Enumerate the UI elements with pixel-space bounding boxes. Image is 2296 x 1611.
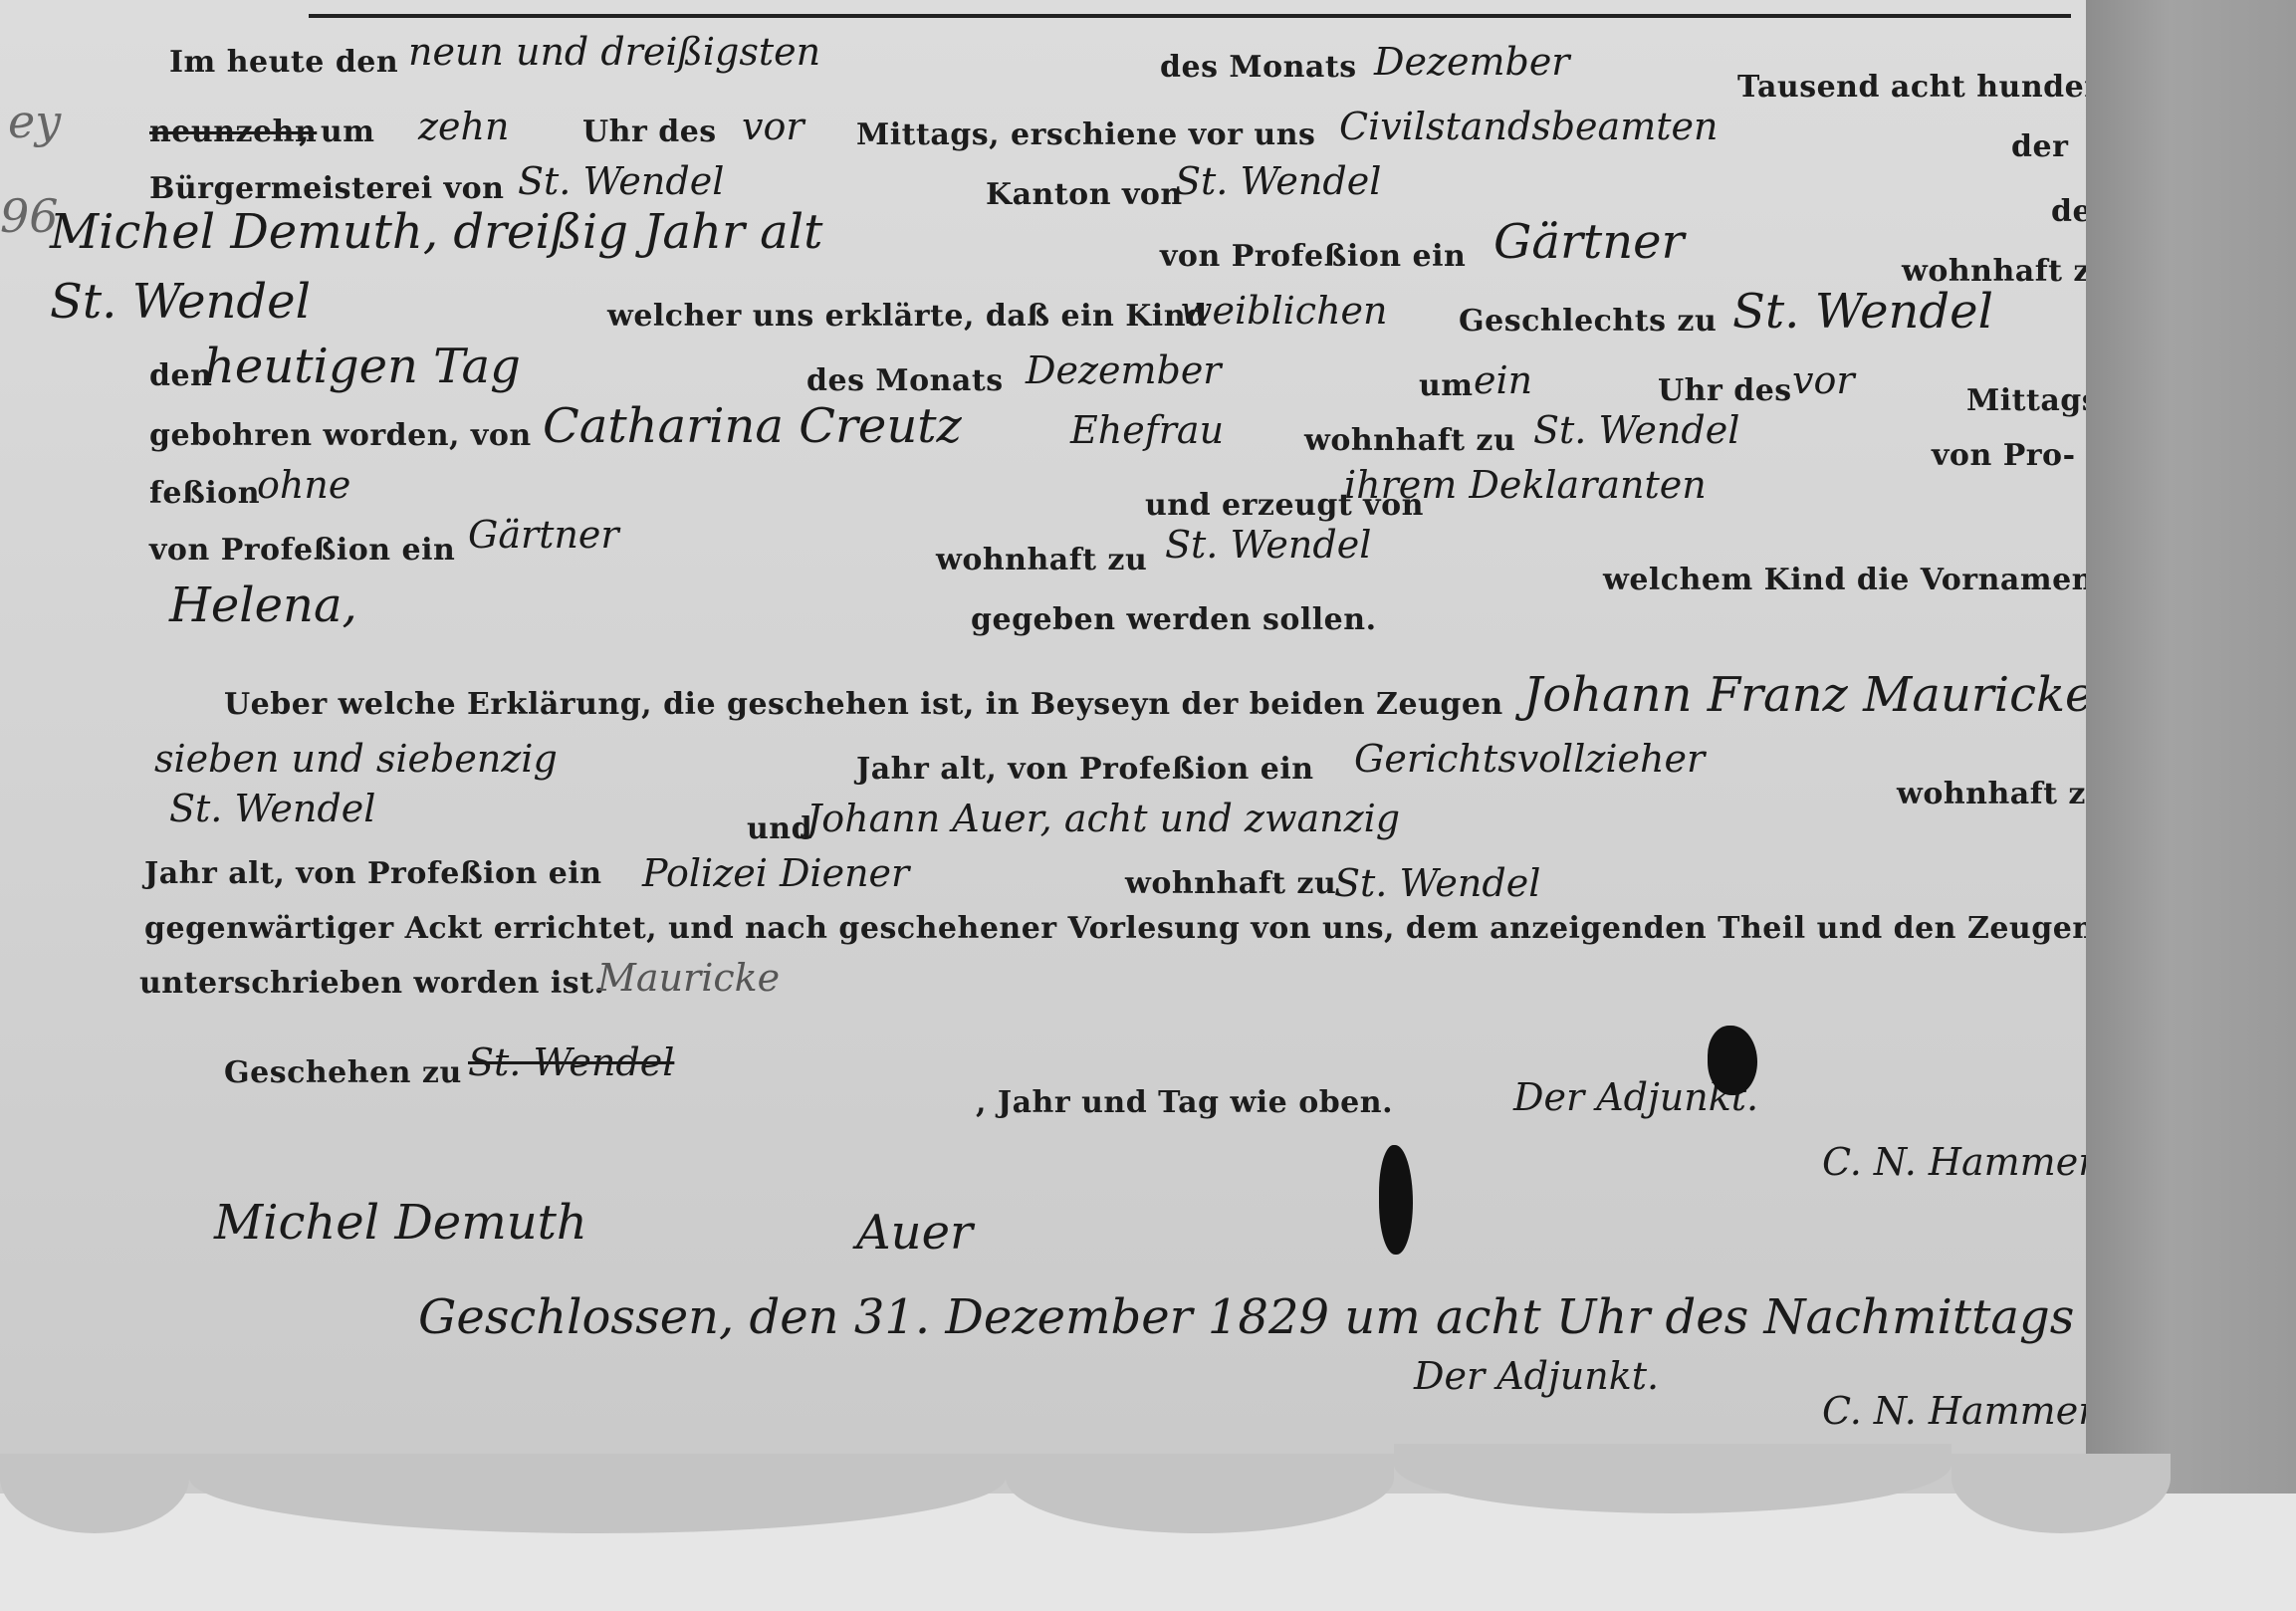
- printed-text: den: [149, 358, 212, 393]
- printed-text: , Jahr und Tag wie oben.: [976, 1085, 1393, 1120]
- handwritten-entry: weiblichen: [1180, 289, 1388, 333]
- handwritten-entry: St. Wendel: [169, 787, 375, 830]
- margin-note-top: ey: [8, 95, 61, 148]
- printed-text: Jahr alt, von Profeßion ein: [856, 752, 1314, 787]
- printed-text: gebohren worden, von: [149, 418, 532, 453]
- printed-text: Geschehen zu: [224, 1055, 462, 1090]
- handwritten-entry: St. Wendel: [1165, 523, 1371, 567]
- printed-text: von Pro-: [1932, 438, 2076, 473]
- printed-text: welchem Kind die Vornamen: [1603, 563, 2094, 597]
- handwritten-entry: Gärtner: [1493, 214, 1684, 270]
- handwritten-entry: St. Wendel: [518, 159, 724, 203]
- handwritten-entry: Catharina Creutz: [543, 398, 962, 454]
- printed-text: welcher uns erklärte, daß ein Kind: [607, 299, 1207, 334]
- printed-text: feßion: [149, 476, 260, 511]
- signature-witness: Auer: [856, 1205, 973, 1261]
- printed-text: und: [747, 811, 812, 846]
- printed-text: Im heute den: [169, 45, 398, 80]
- handwritten-entry: Johann Franz Mauricke: [1523, 667, 2093, 723]
- document-page: ey 96 Im heute den neun und dreißigsten …: [0, 0, 2101, 1533]
- printed-text: wohnhaft zu: [1304, 423, 1515, 458]
- handwritten-entry: St. Wendel: [1533, 408, 1739, 452]
- handwritten-entry: neun und dreißigsten: [408, 30, 820, 74]
- handwritten-entry: St. Wendel: [1175, 159, 1381, 203]
- binding-shadow: [2086, 0, 2296, 1611]
- handwritten-entry: vor: [742, 105, 804, 148]
- printed-text: Jahr alt, von Profeßion ein: [144, 856, 602, 891]
- closing-note-sub: Der Adjunkt.: [1414, 1354, 1659, 1398]
- handwritten-entry: St. Wendel: [468, 1040, 674, 1084]
- printed-text: , um: [299, 115, 374, 149]
- handwritten-entry: St. Wendel: [1732, 284, 1993, 340]
- printed-text: der: [2011, 129, 2068, 164]
- handwritten-entry: Ehefrau: [1070, 408, 1224, 452]
- printed-text: Tausend acht hundert: [1737, 70, 2115, 105]
- handwritten-entry: Michel Demuth, dreißig Jahr alt: [50, 204, 822, 260]
- signature-declarant: Michel Demuth: [214, 1195, 587, 1251]
- printed-text: Geschlechts zu: [1459, 304, 1717, 339]
- handwritten-entry: ein: [1474, 358, 1532, 402]
- witness-signature-inline: Mauricke: [597, 956, 780, 1000]
- signature-adjunct-closing: C. N. Hammer: [1822, 1389, 2096, 1433]
- handwritten-entry: ohne: [257, 463, 350, 507]
- handwritten-entry: St. Wendel: [1334, 861, 1540, 905]
- printed-text-struck: neunzehn: [149, 115, 317, 149]
- printed-text: des Monats: [1160, 50, 1357, 85]
- handwritten-entry: Gerichtsvollzieher: [1354, 737, 1705, 781]
- printed-text: um: [1419, 368, 1474, 403]
- handwritten-entry: Polizei Diener: [642, 851, 909, 895]
- printed-text: des Monats: [806, 363, 1004, 398]
- printed-text: Bürgermeisterei von: [149, 171, 504, 206]
- printed-text: Uhr des: [582, 115, 717, 149]
- handwritten-entry: heutigen Tag: [204, 339, 521, 394]
- printed-text: Uhr des: [1658, 373, 1792, 408]
- ink-blot: [1379, 1145, 1413, 1255]
- printed-text: gegenwärtiger Ackt errichtet, und nach g…: [144, 911, 2095, 946]
- printed-text: Ueber welche Erklärung, die geschehen is…: [224, 687, 1503, 722]
- ink-blot: [1708, 1026, 1757, 1095]
- printed-text: Mittags: [1966, 383, 2099, 418]
- printed-text: unterschrieben worden ist.: [139, 966, 605, 1001]
- handwritten-entry: zehn: [418, 105, 509, 148]
- handwritten-entry: vor: [1792, 358, 1855, 402]
- printed-text: wohnhaft zu: [936, 543, 1147, 577]
- handwritten-entry: Civilstandsbeamten: [1339, 105, 1718, 148]
- signature-adjunct: C. N. Hammer: [1822, 1140, 2096, 1184]
- handwritten-entry: Johann Auer, acht und zwanzig: [806, 797, 1400, 840]
- handwritten-entry: sieben und siebenzig: [154, 737, 558, 781]
- top-rule: [309, 14, 2071, 18]
- printed-text: wohnhaft zu: [1897, 777, 2108, 811]
- handwritten-entry: ihrem Deklaranten: [1344, 463, 1707, 507]
- printed-text: von Profeßion ein: [1160, 239, 1466, 274]
- closing-note: Geschlossen, den 31. Dezember 1829 um ac…: [418, 1289, 2074, 1345]
- printed-text: Mittags, erschiene vor uns: [856, 117, 1315, 152]
- handwritten-entry: Dezember: [1026, 348, 1221, 392]
- handwritten-entry: St. Wendel: [50, 274, 311, 330]
- handwritten-entry: Gärtner: [468, 513, 619, 557]
- child-name: Helena,: [169, 577, 357, 633]
- printed-text: wohnhaft zu: [1125, 866, 1336, 901]
- printed-text: Kanton von: [986, 177, 1183, 212]
- printed-text: von Profeßion ein: [149, 533, 455, 568]
- handwritten-entry: Dezember: [1374, 40, 1569, 84]
- printed-text: gegeben werden sollen.: [971, 602, 1377, 637]
